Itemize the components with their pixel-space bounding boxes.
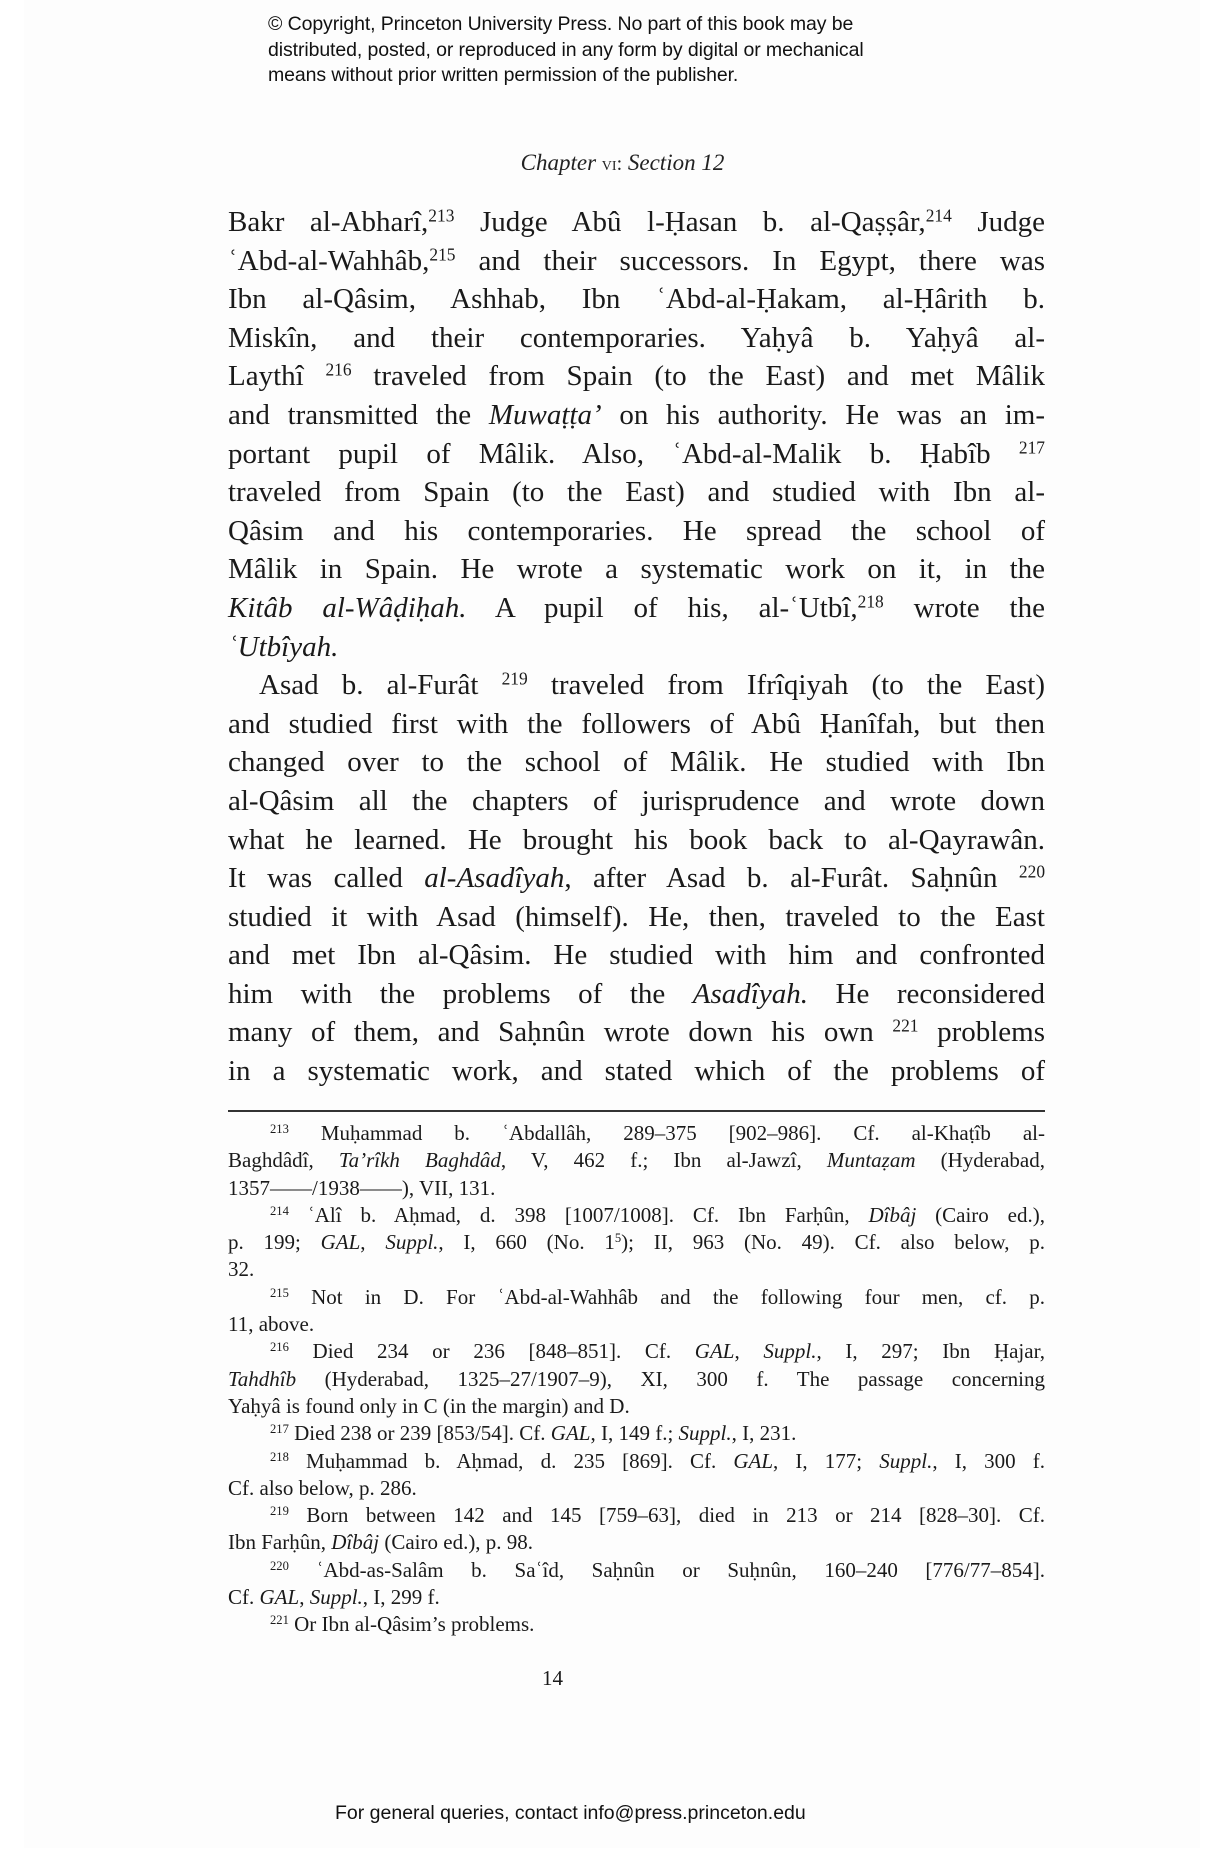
text-segment: changed over to the school of Mâlik. He …	[228, 746, 1045, 778]
footnote-reference: 213	[270, 1122, 289, 1136]
text-segment: (Cairo ed.),	[916, 1203, 1045, 1227]
text-line: 214 ʿAlî b. Aḥmad, d. 398 [1007/1008]. C…	[228, 1202, 1045, 1229]
text-line: 213 Muḥammad b. ʿAbdallâh, 289–375 [902–…	[228, 1120, 1045, 1147]
text-segment: Muḥammad b. Aḥmad, d. 235 [869]. Cf.	[289, 1449, 733, 1473]
footnote-reference: 217	[270, 1422, 289, 1436]
italic-title: GAL	[321, 1230, 361, 1254]
italic-title: al-Asadîyah	[424, 862, 564, 894]
text-segment: , V, 462 f.; Ibn al-Jawzî,	[501, 1148, 827, 1172]
text-segment: , I, 149 f.;	[590, 1421, 678, 1445]
text-segment: Bakr al-Abharî,	[228, 206, 428, 238]
text-segment: traveled from Spain (to the East) and st…	[228, 476, 1045, 508]
text-segment: Not in D. For ʿAbd-al-Wahhâb and the fol…	[289, 1285, 1045, 1309]
chapter-number: vi:	[602, 153, 622, 175]
text-segment: Ibn al-Qâsim, Ashhab, Ibn ʿAbd-al-Ḥakam,…	[228, 283, 1045, 315]
text-segment: Baghdâdî,	[228, 1148, 339, 1172]
footnote-reference: 219	[502, 669, 528, 689]
text-segment: Born between 142 and 145 [759–63], died …	[289, 1503, 1045, 1527]
text-segment: Laythî	[228, 360, 325, 392]
text-line: 215 Not in D. For ʿAbd-al-Wahhâb and the…	[228, 1284, 1045, 1311]
text-segment: and met Ibn al-Qâsim. He studied with hi…	[228, 939, 1045, 971]
italic-title: Suppl.	[310, 1585, 363, 1609]
text-line: Miskîn, and their contemporaries. Yaḥyâ …	[228, 319, 1045, 358]
text-segment: what he learned. He brought his book bac…	[228, 824, 1045, 856]
text-line: Cf. GAL, Suppl., I, 299 f.	[228, 1584, 1045, 1611]
italic-title: Tahdhîb	[228, 1367, 296, 1391]
text-line: 11, above.	[228, 1311, 1045, 1338]
text-line: 219 Born between 142 and 145 [759–63], d…	[228, 1502, 1045, 1529]
text-segment: ʿAbd-as-Salâm b. Saʿîd, Saḥnûn or Suḥnûn…	[289, 1558, 1045, 1582]
text-segment: Cf.	[228, 1585, 260, 1609]
text-segment: ,	[734, 1339, 763, 1363]
text-segment: al-Qâsim all the chapters of jurispruden…	[228, 785, 1045, 817]
text-segment: traveled from Spain (to the East) and me…	[352, 360, 1045, 392]
text-line: changed over to the school of Mâlik. He …	[228, 743, 1045, 782]
footnote-reference: 216	[270, 1340, 289, 1354]
text-line: and met Ibn al-Qâsim. He studied with hi…	[228, 936, 1045, 975]
page-number-text: 14	[542, 1666, 563, 1690]
footnote-reference: 214	[270, 1204, 289, 1218]
italic-title: Dîbâj	[331, 1530, 379, 1554]
text-line: p. 199; GAL, Suppl., I, 660 (No. 15); II…	[228, 1229, 1045, 1256]
text-segment: Died 238 or 239 [853/54]. Cf.	[289, 1421, 551, 1445]
text-segment: ,	[299, 1585, 310, 1609]
text-segment: and transmitted the	[228, 399, 489, 431]
text-segment: him with the problems of the	[228, 978, 693, 1010]
text-line: 1357——/1938——), VII, 131.	[228, 1175, 1045, 1202]
text-line: Kitâb al-Wâḍiḥah. A pupil of his, al-ʿUt…	[228, 589, 1045, 628]
italic-title: GAL	[733, 1449, 773, 1473]
footnote-reference: 220	[270, 1559, 289, 1573]
text-segment: on his authority. He was an im-	[602, 399, 1045, 431]
italic-title: Muntaẓam	[827, 1148, 916, 1172]
copyright-notice: © Copyright, Princeton University Press.…	[268, 12, 988, 89]
text-segment: problems	[918, 1016, 1045, 1048]
footnote-reference: 218	[270, 1450, 289, 1464]
text-line: and transmitted the Muwaṭṭa’ on his auth…	[228, 396, 1045, 435]
italic-title: Suppl.	[385, 1230, 438, 1254]
text-segment: Mâlik in Spain. He wrote a systematic wo…	[228, 553, 1045, 585]
text-line: traveled from Spain (to the East) and st…	[228, 473, 1045, 512]
text-line: Tahdhîb (Hyderabad, 1325–27/1907–9), XI,…	[228, 1366, 1045, 1393]
text-segment: , I, 299 f.	[363, 1585, 440, 1609]
text-segment: 32.	[228, 1257, 254, 1281]
text-segment: ʿAlî b. Aḥmad, d. 398 [1007/1008]. Cf. I…	[289, 1203, 869, 1227]
text-segment: , I, 231.	[732, 1421, 797, 1445]
italic-title: Muwaṭṭa’	[489, 399, 602, 431]
text-segment: Miskîn, and their contemporaries. Yaḥyâ …	[228, 322, 1045, 354]
chapter-word: Chapter	[521, 150, 596, 175]
footnote-reference: 215	[429, 244, 455, 264]
text-line: 32.	[228, 1256, 1045, 1283]
text-segment: traveled from Ifrîqiyah (to the East)	[528, 669, 1045, 701]
page-number: 14	[0, 1666, 1225, 1691]
text-segment: Yaḥyâ is found only in C (in the margin)…	[228, 1394, 630, 1418]
text-segment: portant pupil of Mâlik. Also, ʿAbd-al-Ma…	[228, 438, 1019, 470]
text-segment: Muḥammad b. ʿAbdallâh, 289–375 [902–986]…	[289, 1121, 1045, 1145]
italic-title: Kitâb al-Wâḍiḥah.	[228, 592, 467, 624]
text-line: It was called al-Asadîyah, after Asad b.…	[228, 859, 1045, 898]
text-line: 220 ʿAbd-as-Salâm b. Saʿîd, Saḥnûn or Su…	[228, 1557, 1045, 1584]
text-segment: (Cairo ed.), p. 98.	[379, 1530, 533, 1554]
text-segment: , I, 660 (No. 1	[438, 1230, 614, 1254]
text-segment: Asad b. al-Furât	[259, 669, 502, 701]
text-line: him with the problems of the Asadîyah. H…	[228, 975, 1045, 1014]
text-line: Ibn al-Qâsim, Ashhab, Ibn ʿAbd-al-Ḥakam,…	[228, 280, 1045, 319]
text-line: Qâsim and his contemporaries. He spread …	[228, 512, 1045, 551]
footnote-separator-rule	[228, 1110, 1045, 1112]
text-segment: , I, 177;	[773, 1449, 879, 1473]
italic-title: Suppl.	[763, 1339, 816, 1363]
text-segment: Or Ibn al-Qâsim’s problems.	[289, 1612, 535, 1636]
text-line: 221 Or Ibn al-Qâsim’s problems.	[228, 1611, 1045, 1638]
italic-title: Suppl.	[879, 1449, 932, 1473]
text-line: portant pupil of Mâlik. Also, ʿAbd-al-Ma…	[228, 435, 1045, 474]
copyright-line: means without prior written permission o…	[268, 63, 988, 89]
text-segment: , I, 300 f.	[932, 1449, 1045, 1473]
text-line: Mâlik in Spain. He wrote a systematic wo…	[228, 550, 1045, 589]
italic-title: GAL	[260, 1585, 300, 1609]
text-line: Ibn Farḥûn, Dîbâj (Cairo ed.), p. 98.	[228, 1529, 1045, 1556]
footnote-reference: 218	[858, 591, 884, 611]
section-label: Section 12	[628, 150, 724, 175]
text-line: Baghdâdî, Ta’rîkh Baghdâd, V, 462 f.; Ib…	[228, 1147, 1045, 1174]
text-segment: ʿAbd-al-Wahhâb,	[228, 245, 429, 277]
text-segment: Qâsim and his contemporaries. He spread …	[228, 515, 1045, 547]
copyright-line: distributed, posted, or reproduced in an…	[268, 38, 988, 64]
text-line: and studied first with the followers of …	[228, 705, 1045, 744]
footnote-reference: 219	[270, 1504, 289, 1518]
text-segment: and studied first with the followers of …	[228, 708, 1045, 740]
text-line: Yaḥyâ is found only in C (in the margin)…	[228, 1393, 1045, 1420]
text-segment: 1357——/1938——), VII, 131.	[228, 1176, 495, 1200]
footnote-reference: 220	[1019, 862, 1045, 882]
footnote-reference: 221	[270, 1613, 289, 1627]
running-head: Chapter vi: Section 12	[0, 150, 1225, 176]
italic-title: Suppl.	[679, 1421, 732, 1445]
italic-title: Asadîyah.	[693, 978, 808, 1010]
text-line: al-Qâsim all the chapters of jurispruden…	[228, 782, 1045, 821]
footnote-reference: 216	[325, 360, 351, 380]
text-segment: , I, 297; Ibn Ḥajar,	[817, 1339, 1046, 1363]
text-segment: Judge	[952, 206, 1045, 238]
text-line: 216 Died 234 or 236 [848–851]. Cf. GAL, …	[228, 1338, 1045, 1365]
copyright-line: © Copyright, Princeton University Press.…	[268, 12, 988, 38]
text-segment: , after Asad b. al-Furât. Saḥnûn	[564, 862, 1019, 894]
text-line: 217 Died 238 or 239 [853/54]. Cf. GAL, I…	[228, 1420, 1045, 1447]
text-segment: (Hyderabad,	[916, 1148, 1045, 1172]
text-segment: p. 199;	[228, 1230, 321, 1254]
text-segment: wrote the	[884, 592, 1045, 624]
text-line: what he learned. He brought his book bac…	[228, 821, 1045, 860]
text-line: Asad b. al-Furât 219 traveled from Ifrîq…	[228, 666, 1045, 705]
text-line: many of them, and Saḥnûn wrote down his …	[228, 1013, 1045, 1052]
text-line: in a systematic work, and stated which o…	[228, 1052, 1045, 1091]
text-segment: It was called	[228, 862, 424, 894]
text-segment: (Hyderabad, 1325–27/1907–9), XI, 300 f. …	[296, 1367, 1045, 1391]
text-segment: and their successors. In Egypt, there wa…	[455, 245, 1045, 277]
text-line: ʿAbd-al-Wahhâb,215 and their successors.…	[228, 242, 1045, 281]
footnote-reference: 213	[428, 205, 454, 225]
text-line: Cf. also below, p. 286.	[228, 1475, 1045, 1502]
text-segment: studied it with Asad (himself). He, then…	[228, 901, 1045, 933]
text-segment: 11, above.	[228, 1312, 314, 1336]
text-line: 218 Muḥammad b. Aḥmad, d. 235 [869]. Cf.…	[228, 1448, 1045, 1475]
footnote-reference: 221	[892, 1016, 918, 1036]
text-segment: A pupil of his, al-ʿUtbî,	[467, 592, 858, 624]
text-line: ʿUtbîyah.	[228, 628, 1045, 667]
text-segment: Died 234 or 236 [848–851]. Cf.	[289, 1339, 695, 1363]
text-segment: ); II, 963 (No. 49). Cf. also below, p.	[621, 1230, 1045, 1254]
text-segment: Cf. also below, p. 286.	[228, 1476, 417, 1500]
text-segment: in a systematic work, and stated which o…	[228, 1055, 1045, 1087]
italic-title: GAL	[551, 1421, 591, 1445]
text-segment: Ibn Farḥûn,	[228, 1530, 331, 1554]
text-segment: Judge Abû l-Ḥasan b. al-Qaṣṣâr,	[454, 206, 925, 238]
footnote-reference: 214	[926, 205, 952, 225]
italic-title: Dîbâj	[868, 1203, 916, 1227]
footnotes: 213 Muḥammad b. ʿAbdallâh, 289–375 [902–…	[228, 1120, 1045, 1639]
italic-title: GAL	[695, 1339, 735, 1363]
text-line: Laythî 216 traveled from Spain (to the E…	[228, 357, 1045, 396]
text-segment: many of them, and Saḥnûn wrote down his …	[228, 1016, 892, 1048]
italic-title: ʿUtbîyah.	[228, 631, 338, 663]
text-segment: ,	[360, 1230, 385, 1254]
text-line: studied it with Asad (himself). He, then…	[228, 898, 1045, 937]
footnote-reference: 217	[1019, 437, 1045, 457]
footnote-reference: 215	[270, 1286, 289, 1300]
body-text: Bakr al-Abharî,213 Judge Abû l-Ḥasan b. …	[228, 203, 1045, 1091]
text-line: Bakr al-Abharî,213 Judge Abû l-Ḥasan b. …	[228, 203, 1045, 242]
text-segment: He reconsidered	[808, 978, 1045, 1010]
italic-title: Ta’rîkh Baghdâd	[339, 1148, 501, 1172]
footer-contact: For general queries, contact info@press.…	[335, 1802, 806, 1825]
